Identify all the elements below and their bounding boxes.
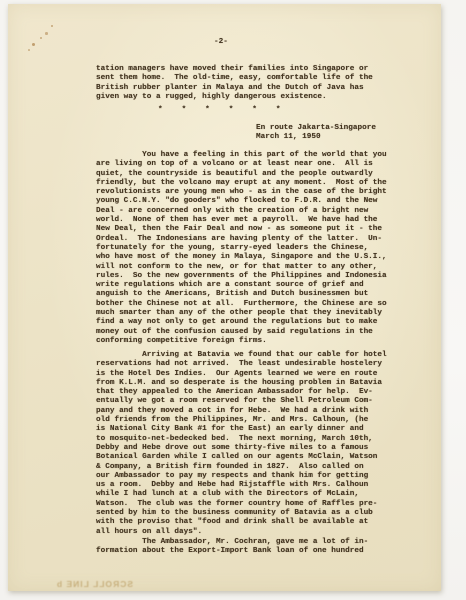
page-number: -2- <box>214 38 228 47</box>
paragraph-batavia-arrival: Arriving at Batavia we found that our ca… <box>96 351 387 537</box>
foxing-stain <box>40 37 42 39</box>
dateline: En route Jakarta-Singapore March 11, 195… <box>256 124 376 143</box>
foxing-stain <box>28 49 30 51</box>
letter-page: -2- tation managers have moved their fam… <box>8 4 441 591</box>
paragraph-ambassador-info: The Ambassador, Mr. Cochran, gave me a l… <box>96 538 368 557</box>
paragraph-volcano-politics: You have a feeling in this part of the w… <box>96 151 387 346</box>
foxing-stain <box>45 32 48 35</box>
foxing-stain <box>51 25 53 27</box>
paragraph-singapore-exodus: tation managers have moved their familie… <box>96 65 373 102</box>
asterisk-separator: * * * * * * <box>158 106 281 115</box>
foxing-stain <box>32 43 35 46</box>
bleed-through-text: SCROLL LINE b <box>18 579 133 589</box>
scan-background: -2- tation managers have moved their fam… <box>0 0 466 600</box>
